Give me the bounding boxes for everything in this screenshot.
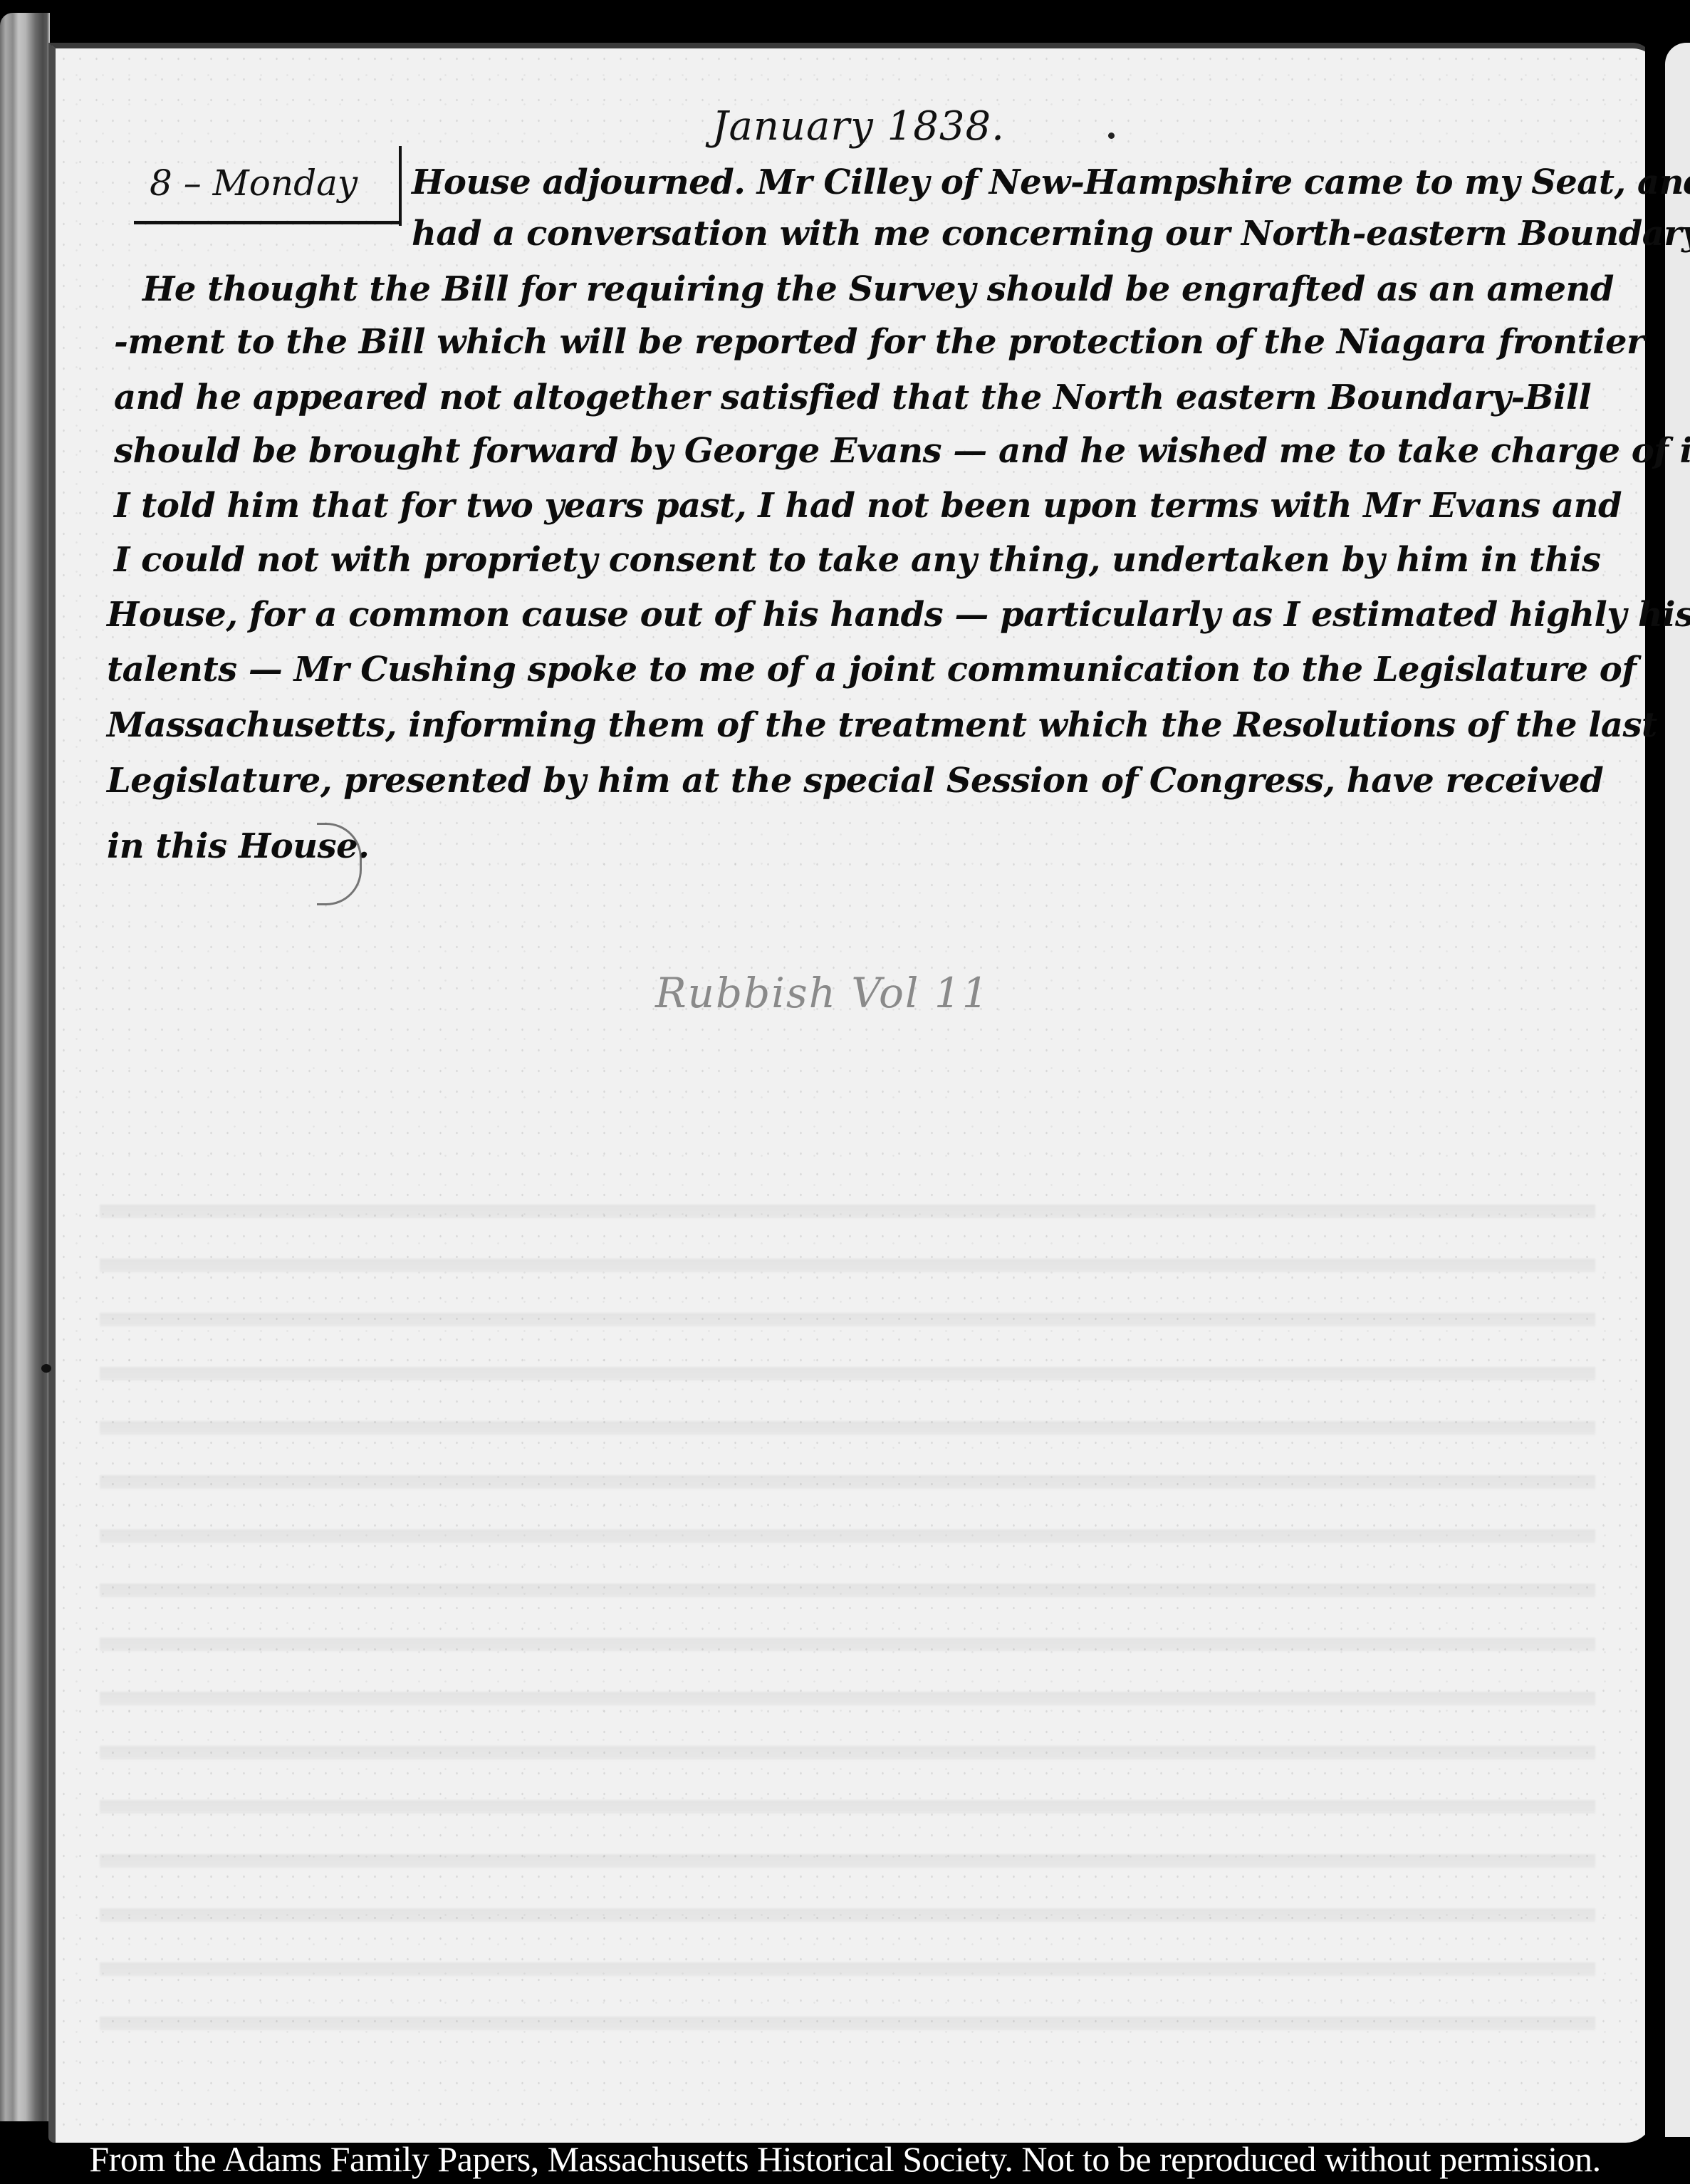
- book-binding-edge: [0, 13, 50, 2121]
- entry-line: Massachusetts, informing them of the tre…: [107, 705, 1657, 745]
- entry-line: He thought the Bill for requiring the Su…: [142, 269, 1614, 309]
- entry-line: had a conversation with me concerning ou…: [412, 214, 1690, 254]
- adjacent-page-edge: [1665, 43, 1690, 2137]
- entry-line: Legislature, presented by him at the spe…: [107, 761, 1603, 801]
- date-underline: [134, 221, 400, 224]
- entry-line: House adjourned. Mr Cilley of New-Hampsh…: [412, 162, 1690, 202]
- pencil-annotation: Rubbish Vol 11: [655, 969, 990, 1017]
- entry-line: I told him that for two years past, I ha…: [114, 486, 1622, 526]
- entry-line: -ment to the Bill which will be reported…: [114, 322, 1644, 362]
- ink-dot: [1108, 132, 1115, 139]
- ink-blot: [41, 1364, 51, 1373]
- page-heading: January 1838.: [712, 103, 1005, 150]
- date-brace-line: [399, 146, 402, 226]
- entry-line: should be brought forward by George Evan…: [114, 431, 1690, 471]
- entry-line: I could not with propriety consent to ta…: [114, 540, 1601, 580]
- entry-line: House, for a common cause out of his han…: [107, 595, 1690, 635]
- copyright-footer: From the Adams Family Papers, Massachuse…: [0, 2138, 1690, 2180]
- page-gutter: [1645, 43, 1665, 2151]
- entry-line: and he appeared not altogether satisfied…: [114, 378, 1591, 417]
- entry-date-label: 8 – Monday: [150, 162, 358, 204]
- ink-bleed-through: [100, 1175, 1595, 2066]
- entry-line: talents — Mr Cushing spoke to me of a jo…: [107, 650, 1636, 690]
